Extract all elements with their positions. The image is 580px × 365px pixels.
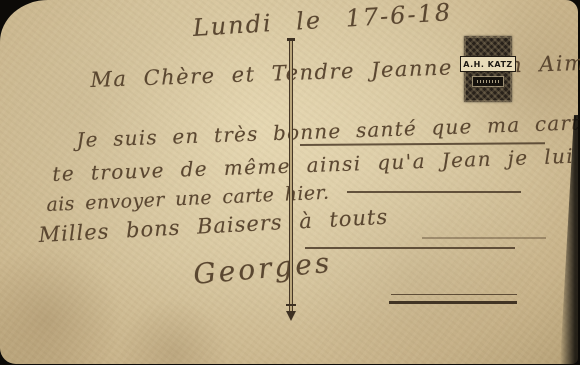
- handwritten-signature: Georges: [192, 246, 333, 291]
- address-line: [391, 294, 517, 295]
- postcard-photo: { "postcard": { "date_line": "Lundi le 1…: [0, 0, 580, 365]
- stamp-label: A.H. KATZ: [460, 56, 516, 72]
- publisher-stamp: A.H. KATZ: [464, 36, 512, 102]
- divider-arrow-tip-icon: [286, 311, 296, 321]
- postcard: Lundi le 17-6-18 Ma Chère et Tendre Jean…: [0, 0, 578, 364]
- address-line: [389, 301, 517, 304]
- handwritten-date: Lundi le 17-6-18: [192, 0, 453, 42]
- address-line: [422, 237, 546, 239]
- divider-line: [289, 40, 293, 312]
- address-line: [305, 247, 515, 249]
- stamp-small-band: [473, 77, 503, 86]
- divider-arrow-barb: [286, 304, 296, 306]
- divider-top-cap: [287, 38, 295, 41]
- address-line: [300, 142, 545, 145]
- address-line: [347, 191, 521, 193]
